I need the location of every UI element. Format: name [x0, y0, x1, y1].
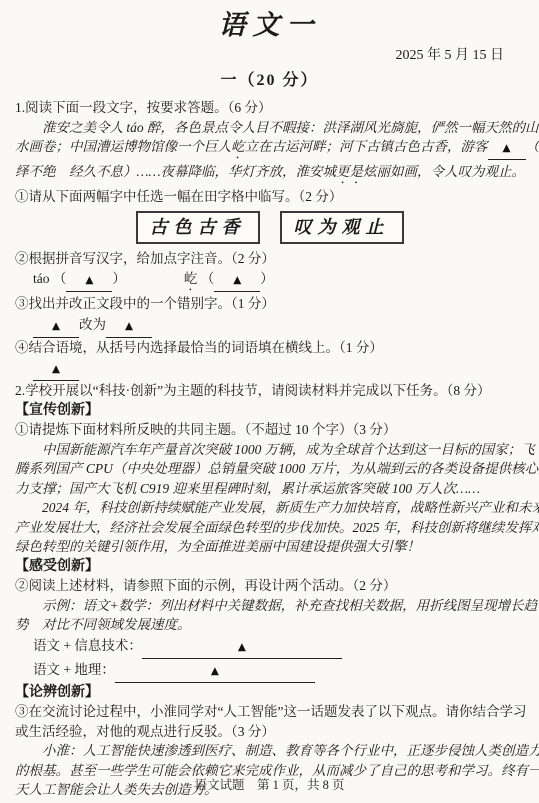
q2-header-debate: 【论辨创新】 — [15, 683, 524, 703]
q2-stem: 2.学校开展以“科技·创新”为主题的科技节，请阅读材料并完成以下任务。（8 分） — [15, 381, 524, 401]
answer-blank: ▲ — [33, 357, 79, 381]
paren: （ — [201, 271, 215, 286]
exam-date: 2025 年 5 月 15 日 — [15, 45, 524, 67]
calligraphy-box-2: 叹为观止 — [280, 211, 404, 244]
q1-passage-line1: 淮安之美令人 táo 醉，各色景点令人目不暇接：洪泽湖风光旖旎，俨然一幅天然的山 — [15, 118, 524, 138]
answer-triangle-mark: ▲ — [238, 641, 246, 653]
emphasized-characters: 更是 — [336, 164, 363, 179]
answer-triangle-mark: ▲ — [52, 320, 60, 332]
q2-material2-line1: 2024 年，科技创新持续赋能产业发展，新质生产力加快培育，战略性新兴产业和未来 — [15, 498, 524, 518]
answer-blank: ▲ — [142, 635, 342, 659]
section-heading: 一（20 分） — [15, 69, 524, 93]
q2-sub2-stem: ②阅读上述材料，请参照下面的示例，再设计两个活动。（2 分） — [15, 576, 524, 596]
pinyin-label: táo — [33, 271, 50, 286]
answer-triangle-mark: ▲ — [125, 320, 133, 332]
answer-triangle-mark: ▲ — [85, 274, 93, 286]
q2-material1-line3: 力支撑；国产大飞机 C919 迎来里程碑时刻，累计承运旅客突破 100 万人次…… — [15, 479, 524, 499]
q2-header-publicity: 【宣传创新】 — [15, 401, 524, 421]
dotted-character-yi: 屹 — [184, 271, 198, 286]
passage-text: 炫丽如画，令人叹为观止。 — [363, 164, 525, 179]
q2-example-line1: 示例：语文+数学：列出材料中关键数据，补充查找相关数据，用折线图呈现增长趋 — [15, 596, 524, 616]
q1-sub4-stem: ④结合语境，从括号内选择最恰当的词语填在横线上。（1 分） — [15, 338, 524, 358]
passage-text: 绎不绝 经久不息）……夜幕降临，华灯齐放，淮安城 — [15, 164, 336, 179]
answer-triangle-mark: ▲ — [502, 142, 510, 154]
q2-material2-line2: 产业发展壮大，经济社会发展全面绿色转型的步伐加快。2025 年，科技创新将继续发… — [15, 518, 524, 538]
paren: ） — [112, 271, 126, 286]
q1-sub1-stem: ①请从下面两幅字中任选一幅在田字格中临写。（2 分） — [15, 187, 524, 207]
answer-blank: ▲ — [488, 137, 526, 160]
q2-material2-line3: 绿色转型的关键引领作用，为全面推进美丽中国建设提供强大引擎！ — [15, 537, 524, 557]
answer-blank: ▲ — [66, 268, 112, 292]
correction-word: 改为 — [79, 317, 106, 332]
q1-stem: 1.阅读下面一段文字，按要求答题。（6 分） — [15, 98, 524, 118]
answer-blank: ▲ — [106, 314, 152, 338]
q2-material1-line1: 中国新能源汽车年产量首次突破 1000 万辆，成为全球首个达到这一目标的国家；飞 — [15, 440, 524, 460]
answer-blank: ▲ — [33, 314, 79, 338]
q1-sub2-stem: ②根据拼音写汉字，给加点字注音。（2 分） — [15, 249, 524, 269]
q2-material1-line2: 腾系列国产 CPU（中央处理器）总销量突破 1000 万片，为从端到云的各类设备… — [15, 459, 524, 479]
paren: ） — [260, 271, 274, 286]
exam-paper-page: 语文一 2025 年 5 月 15 日 一（20 分） 1.阅读下面一段文字，按… — [0, 0, 539, 803]
passage-text: 立在古运河畔；河下古镇古色古香，游客 — [245, 139, 488, 154]
page-footer: 语文试题 第 1 页，共 8 页 — [0, 775, 539, 793]
q2-header-experience: 【感受创新】 — [15, 557, 524, 577]
q1-sub2-answer-line: táo （▲）屹 （▲） — [15, 268, 524, 294]
q1-sub3-stem: ③找出并改正文段中的一个错别字。（1 分） — [15, 294, 524, 314]
page-title: 语文一 — [15, 8, 524, 42]
calligraphy-choices: 古色古香 叹为观止 — [15, 211, 524, 244]
q1-sub4-answer-line: ▲ — [15, 357, 524, 381]
paren: （ — [53, 271, 67, 286]
activity2-label: 语文 + 地理： — [33, 662, 115, 677]
q1-passage-line3: 绎不绝 经久不息）……夜幕降临，华灯齐放，淮安城更是炫丽如画，令人叹为观止。 — [15, 162, 524, 187]
passage-text: （络 — [526, 139, 539, 154]
answer-triangle-mark: ▲ — [211, 665, 219, 677]
activity1-label: 语文 + 信息技术： — [33, 638, 142, 653]
q2-viewpoint-line1: 小淮：人工智能快速渗透到医疗、制造、教育等各个行业中，正逐步侵蚀人类创造力 — [15, 741, 524, 761]
answer-triangle-mark: ▲ — [52, 363, 60, 375]
emphasized-character: 屹 — [231, 139, 245, 154]
q2-sub3-stem-line2: 或生活经验，对他的观点进行反驳。（3 分） — [15, 722, 524, 742]
q2-activity2-line: 语文 + 地理：▲ — [15, 659, 524, 683]
q2-activity1-line: 语文 + 信息技术：▲ — [15, 635, 524, 659]
passage-text: 水画卷；中国漕运博物馆像一个巨人 — [15, 139, 231, 154]
answer-blank: ▲ — [214, 268, 260, 292]
q1-passage-line2: 水画卷；中国漕运博物馆像一个巨人屹立在古运河畔；河下古镇古色古香，游客▲（络 — [15, 137, 524, 162]
answer-triangle-mark: ▲ — [233, 274, 241, 286]
answer-blank: ▲ — [115, 659, 315, 683]
calligraphy-box-1: 古色古香 — [136, 211, 260, 244]
q1-sub3-answer-line: ▲改为▲ — [15, 314, 524, 338]
q2-sub3-stem-line1: ③在交流讨论过程中，小淮同学对“人工智能”这一话题发表了以下观点。请你结合学习 — [15, 702, 524, 722]
q2-sub1-stem: ①请提炼下面材料所反映的共同主题。（不超过 10 个字）（3 分） — [15, 420, 524, 440]
q2-example-line2: 势 对比不同领域发展速度。 — [15, 615, 524, 635]
